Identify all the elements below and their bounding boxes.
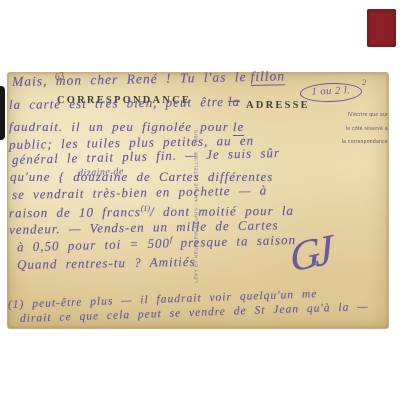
circled-annotation-superscript: 2 <box>362 77 366 87</box>
postcard-surface: CORRESPONDANCE ADRESSE N'écrire que sur … <box>8 73 388 328</box>
message-line: Quand rentres-tu ? Amitiés <box>17 254 196 273</box>
red-corner-marker <box>367 9 396 47</box>
signature: G J <box>289 227 327 283</box>
message-line: se vendrait très-bien en pochette — à <box>12 183 267 203</box>
postcard-back: CORRESPONDANCE ADRESSE N'écrire que sur … <box>7 72 389 329</box>
notice-line: le côté réservé à <box>326 123 388 137</box>
scanned-postcard-page: { "artifacts": { "corner_tear_color": "#… <box>0 0 400 400</box>
notice-line: N'écrire que sur <box>326 109 388 123</box>
footnote-reference: (1) <box>141 204 150 213</box>
message-line: Mais, mon cher René ! Tu l'as lefillon <box>12 68 285 90</box>
inserted-correction: dizaine de <box>78 166 124 179</box>
adresse-header: ADRESSE <box>246 100 310 111</box>
printed-notice: N'écrire que sur le côté réservé à la co… <box>326 109 388 150</box>
underlined-word: fillon <box>250 68 285 86</box>
circled-annotation: 1 ou 2 l. <box>300 82 363 103</box>
scan-corner-tear <box>0 86 5 140</box>
notice-line: la correspondance <box>326 136 388 150</box>
message-line: la carte est très bien, peut êtrela <box>9 94 240 113</box>
struck-word: la <box>228 94 240 109</box>
